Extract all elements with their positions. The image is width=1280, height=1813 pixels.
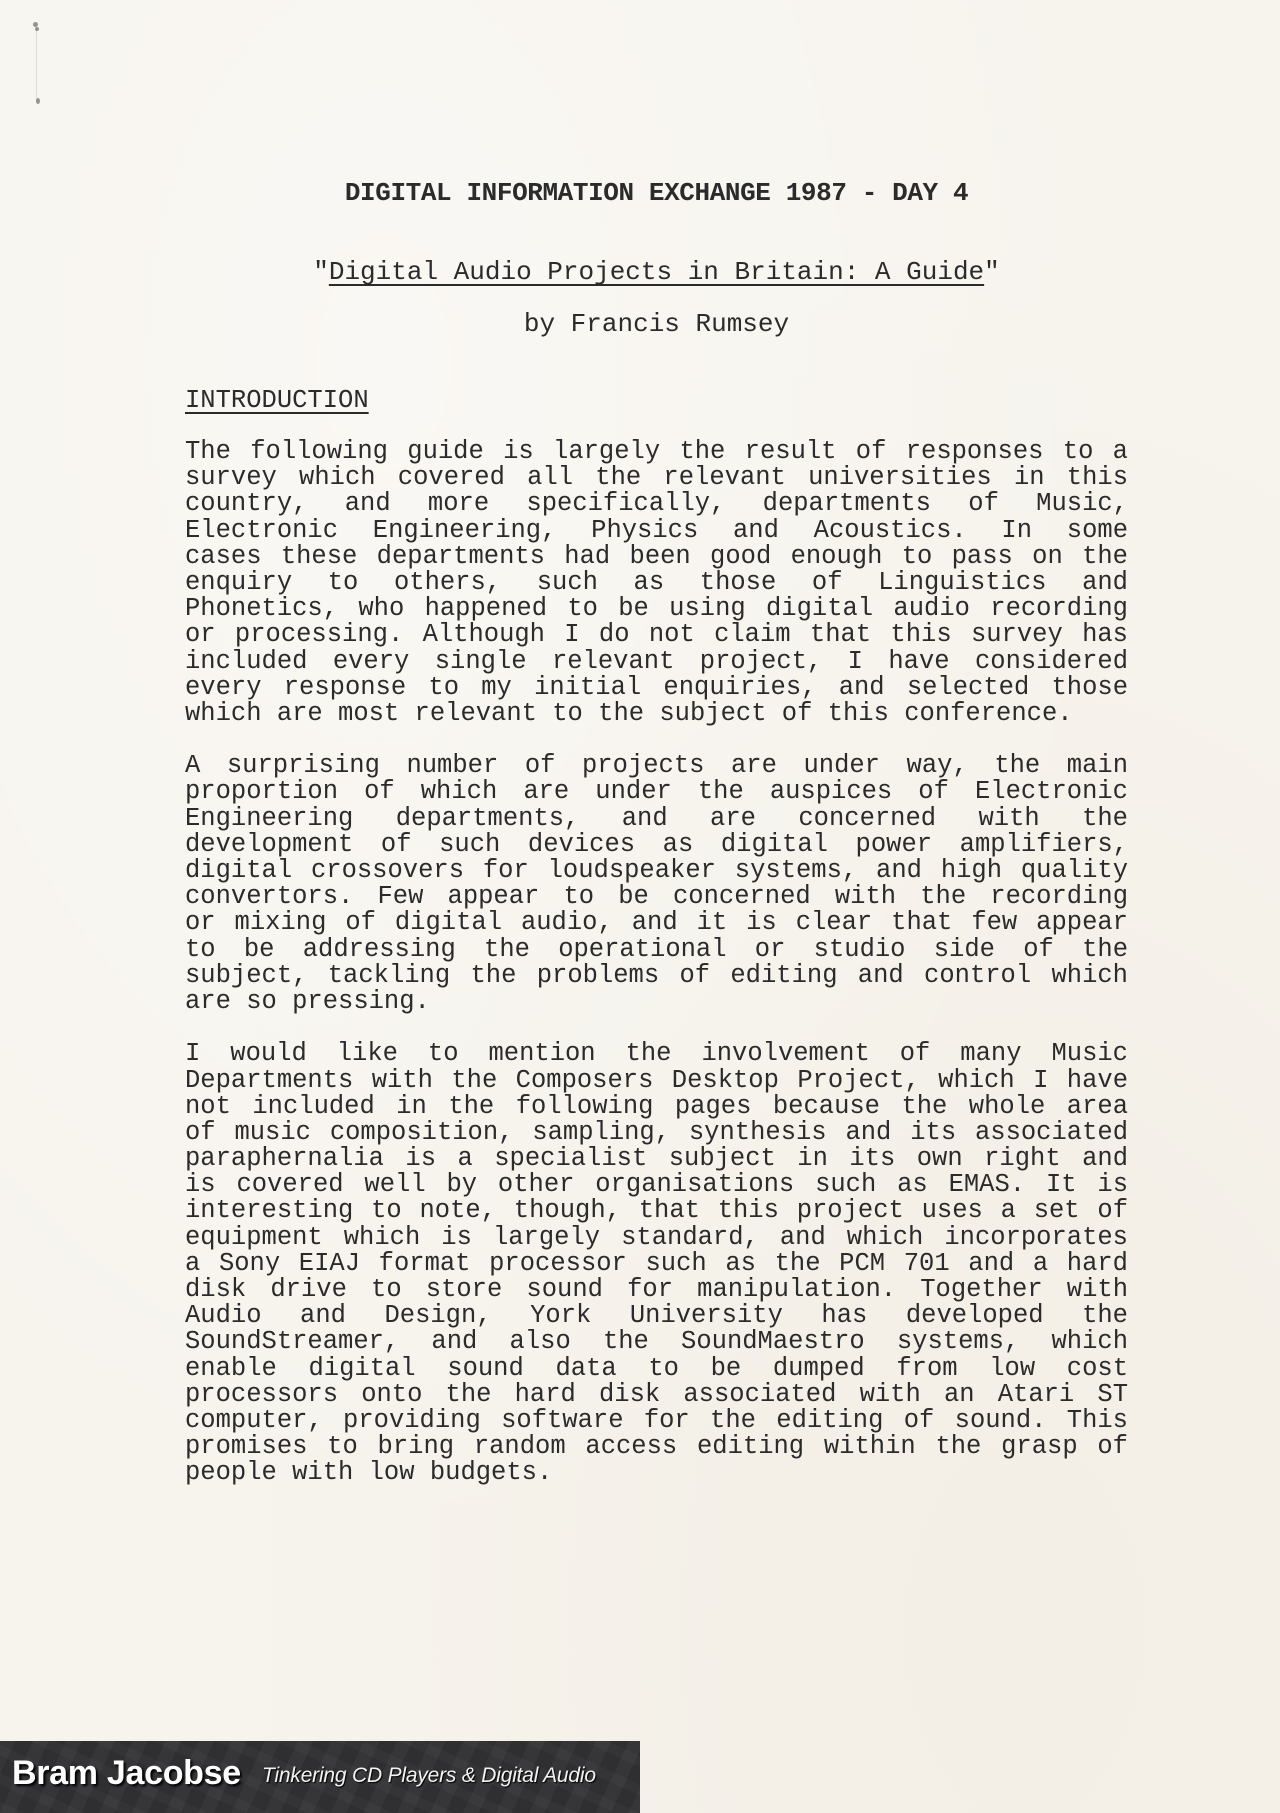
text-line: is covered well by other organisations s… [185,1172,1128,1198]
text-line: equipment which is largely standard, and… [185,1225,1128,1251]
text-line: digital crossovers for loudspeaker syste… [185,858,1128,884]
text-line: country, and more specifically, departme… [185,491,1128,517]
text-line: A surprising number of projects are unde… [185,753,1128,779]
paragraph-2: A surprising number of projects are unde… [185,753,1128,1015]
staple-hole [35,27,39,31]
text-line: enable digital sound data to be dumped f… [185,1356,1128,1382]
text-line: Departments with the Composers Desktop P… [185,1068,1128,1094]
text-line: enquiry to others, such as those of Ling… [185,570,1128,596]
document-header: DIGITAL INFORMATION EXCHANGE 1987 - DAY … [185,178,1128,208]
text-line: or mixing of digital audio, and it is cl… [185,910,1128,936]
text-line: SoundStreamer, and also the SoundMaestro… [185,1329,1128,1355]
text-line: every response to my initial enquiries, … [185,675,1128,701]
text-line: are so pressing. [185,989,1128,1015]
banner-author-name: Bram Jacobse [12,1753,241,1793]
paragraph-3: I would like to mention the involvement … [185,1041,1128,1486]
body-text: The following guide is largely the resul… [185,439,1128,1513]
paragraph-1: The following guide is largely the resul… [185,439,1128,727]
title-close-quote: " [984,257,1000,287]
text-line: paraphernalia is a specialist subject in… [185,1146,1128,1172]
text-line: to be addressing the operational or stud… [185,937,1128,963]
text-line: Electronic Engineering, Physics and Acou… [185,518,1128,544]
text-line: disk drive to store sound for manipulati… [185,1277,1128,1303]
text-line: included every single relevant project, … [185,649,1128,675]
text-line: survey which covered all the relevant un… [185,465,1128,491]
text-line: I would like to mention the involvement … [185,1041,1128,1067]
text-line: Engineering departments, and are concern… [185,806,1128,832]
text-line: which are most relevant to the subject o… [185,701,1128,727]
staple-hole [36,98,40,104]
banner-tagline: Tinkering CD Players & Digital Audio [262,1763,596,1789]
document-title: "Digital Audio Projects in Britain: A Gu… [185,257,1128,287]
text-line: convertors. Few appear to be concerned w… [185,884,1128,910]
text-line: development of such devices as digital p… [185,832,1128,858]
text-line: subject, tackling the problems of editin… [185,963,1128,989]
title-open-quote: " [313,257,329,287]
document-byline: by Francis Rumsey [185,309,1128,339]
text-line: promises to bring random access editing … [185,1434,1128,1460]
text-line: or processing. Although I do not claim t… [185,622,1128,648]
text-line: The following guide is largely the resul… [185,439,1128,465]
text-line: proportion of which are under the auspic… [185,779,1128,805]
staple-mark [36,30,37,100]
watermark-banner: Bram Jacobse Tinkering CD Players & Digi… [0,1741,640,1813]
text-line: not included in the following pages beca… [185,1094,1128,1120]
text-line: a Sony EIAJ format processor such as the… [185,1251,1128,1277]
text-line: interesting to note, though, that this p… [185,1198,1128,1224]
text-line: processors onto the hard disk associated… [185,1382,1128,1408]
text-line: people with low budgets. [185,1460,1128,1486]
text-line: cases these departments had been good en… [185,544,1128,570]
text-line: computer, providing software for the edi… [185,1408,1128,1434]
text-line: Phonetics, who happened to be using digi… [185,596,1128,622]
text-line: of music composition, sampling, synthesi… [185,1120,1128,1146]
section-heading-introduction: INTRODUCTION [185,386,369,416]
text-line: Audio and Design, York University has de… [185,1303,1128,1329]
title-text: Digital Audio Projects in Britain: A Gui… [329,257,984,287]
